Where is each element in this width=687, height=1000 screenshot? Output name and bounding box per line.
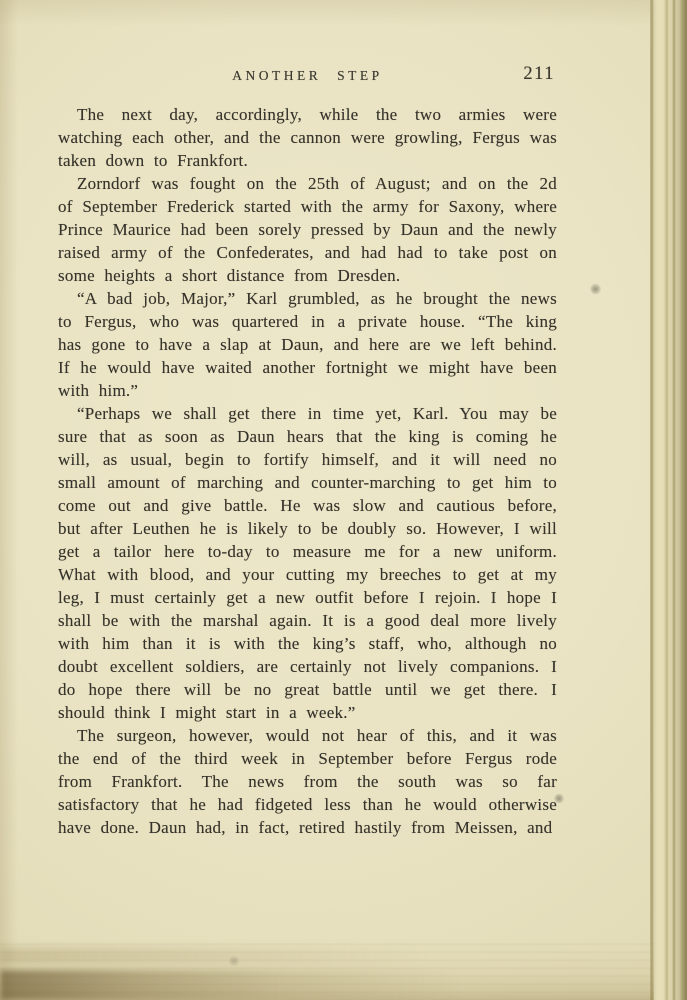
paragraph-4: “Perhaps we shall get there in time yet,… xyxy=(58,402,557,724)
paragraph-2: Zorndorf was fought on the 25th of Augus… xyxy=(58,172,557,287)
top-edge-shading xyxy=(0,0,654,26)
scanned-book-page: ANOTHER STEP 211 The next day, according… xyxy=(0,0,687,1000)
book-page-edges-right xyxy=(650,0,687,1000)
left-edge-shading xyxy=(0,0,18,1000)
paragraph-1: The next day, accordingly, while the two… xyxy=(58,103,557,172)
running-head: ANOTHER STEP 211 xyxy=(58,64,557,88)
paragraph-3: “A bad job, Major,” Karl grumbled, as he… xyxy=(58,287,557,402)
paragraph-5: The surgeon, however, would not hear of … xyxy=(58,724,557,839)
scan-speck xyxy=(590,283,601,295)
page-body: The next day, accordingly, while the two… xyxy=(58,103,557,839)
bottom-left-streak xyxy=(0,948,430,964)
scan-speck xyxy=(228,956,240,966)
running-header-title: ANOTHER STEP xyxy=(58,68,557,84)
page-number: 211 xyxy=(523,64,555,85)
scan-speck xyxy=(554,793,564,804)
bottom-left-shadow xyxy=(0,970,460,1000)
